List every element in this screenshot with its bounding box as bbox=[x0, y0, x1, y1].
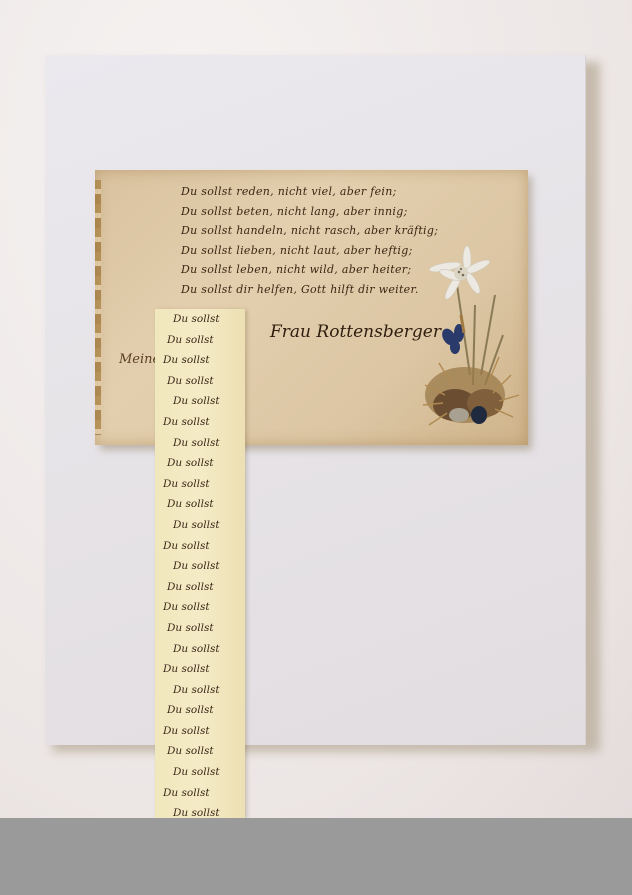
handwriting-strip: Du sollst Du sollst Du sollst Du sollst … bbox=[155, 309, 245, 818]
strip-line: Du sollst bbox=[155, 741, 245, 762]
strip-line: Du sollst bbox=[155, 803, 245, 818]
strip-line: Du sollst bbox=[155, 659, 245, 680]
poem-line: Du sollst handeln, nicht rasch, aber krä… bbox=[181, 221, 511, 241]
strip-line: Du sollst bbox=[155, 556, 245, 577]
strip-line: Du sollst bbox=[155, 783, 245, 804]
poem-line: Du sollst reden, nicht viel, aber fein; bbox=[181, 182, 511, 202]
strip-line: Du sollst bbox=[155, 762, 245, 783]
strip-line: Du sollst bbox=[155, 330, 245, 351]
strip-line: Du sollst bbox=[155, 309, 245, 330]
strip-line: Du sollst bbox=[155, 618, 245, 639]
strip-line: Du sollst bbox=[155, 639, 245, 660]
strip-line: Du sollst bbox=[155, 721, 245, 742]
strip-line: Du sollst bbox=[155, 536, 245, 557]
pressed-flower-icon bbox=[415, 245, 527, 435]
strip-line: Du sollst bbox=[155, 433, 245, 454]
strip-line: Du sollst bbox=[155, 412, 245, 433]
poem-line: Du sollst beten, nicht lang, aber innig; bbox=[181, 202, 511, 222]
strip-line: Du sollst bbox=[155, 515, 245, 536]
strip-line: Du sollst bbox=[155, 391, 245, 412]
strip-line: Du sollst bbox=[155, 597, 245, 618]
strip-line: Du sollst bbox=[155, 371, 245, 392]
strip-line: Du sollst bbox=[155, 680, 245, 701]
strip-line: Du sollst bbox=[155, 700, 245, 721]
strip-line: Du sollst bbox=[155, 474, 245, 495]
strip-line: Du sollst bbox=[155, 494, 245, 515]
strip-line: Du sollst bbox=[155, 453, 245, 474]
strip-line: Du sollst bbox=[155, 577, 245, 598]
gray-bottom-band bbox=[0, 818, 632, 895]
strip-line: Du sollst bbox=[155, 350, 245, 371]
